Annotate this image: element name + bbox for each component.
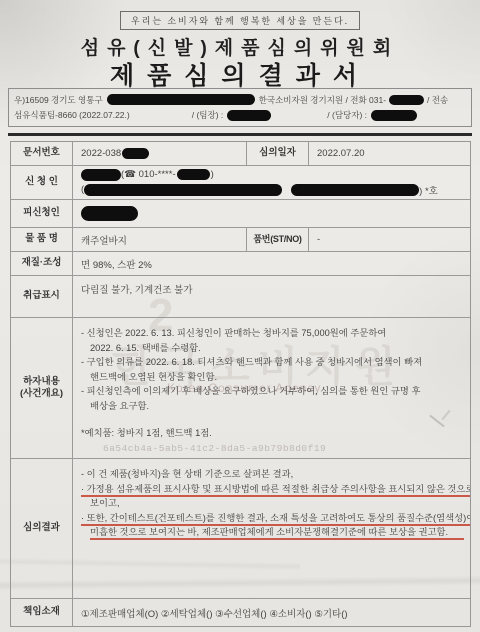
defect-line: - 피신청인측에 이의제기 후 배상을 요구하였으나 거부하여, 심의를 통한 … [81,384,420,399]
responsibility-value: ①제조판매업체(O) ②세탁업체() ③수선업체() ④소비자() ⑤기타() [73,599,470,626]
deposit-items-line: *예치품: 청바지 1점, 핸드백 1점. [81,426,212,441]
table-row-material: 재질·조성 면 98%, 스판 2% [11,252,470,276]
contact-line-2: 섬유식품팀-8660 (2022.07.22.) / (팀장) : / (담당자… [14,109,466,121]
document-title: 제품심의결과서 [0,56,480,92]
care-label-value: 다림질 불가, 기계건조 불가 [73,276,470,317]
review-date-label: 심의일자 [247,142,309,165]
result-line: 미흡한 것으로 보여지는 바, 제조판매업체에게 소비자분쟁해결기준에 따른 보… [81,525,464,540]
table-row-doc-no: 문서번호 2022-038 심의일자 2022.07.20 [11,142,470,166]
slogan-box: 우리는 소비자와 함께 행복한 세상을 만든다. [120,11,360,30]
defect-label: 하자내용 (사건개요) [11,318,73,458]
doc-no-label: 문서번호 [11,142,73,165]
material-value: 면 98%, 스판 2% [73,252,470,275]
redaction-address [107,94,255,105]
defect-line: - 신청인은 2022. 6. 13. 피신청인이 판매하는 청바지를 75,0… [81,326,386,341]
applicant-value: (☎ 010-****- ) ( ) *호 [73,166,470,199]
fax-label: / 전송 [427,94,448,106]
divider-line [8,133,472,136]
redaction-team-lead [227,110,271,121]
agency-phone-prefix: 한국소비자원 경기지원 / 전화 031- [259,94,386,106]
applicant-phone-suffix: ) [211,169,214,180]
redaction-applicant-address-2 [291,184,419,196]
result-line: 보이고, [81,496,120,511]
redaction-phone [389,95,424,105]
redaction-manager [371,110,417,121]
redaction-respondent [81,206,138,221]
team-lead-label: / (팀장) : [192,109,224,121]
care-label-label: 취급표시 [11,276,73,317]
doc-no-value: 2022-038 [73,142,247,165]
table-row-responsibility: 책임소재 ①제조판매업체(O) ②세탁업체() ③수선업체() ④소비자() ⑤… [11,599,470,626]
applicant-address-close: ) *호 [419,183,438,197]
review-table: 문서번호 2022-038 심의일자 2022.07.20 신 청 인 (☎ 0… [10,141,471,627]
result-line: - 이 건 제품(청바지)을 현 상태 기준으로 살펴본 결과, [81,467,293,482]
item-value: 캐주얼바지 [73,228,247,251]
responsibility-label: 책임소재 [11,599,73,626]
doc-no-text: 2022-038 [81,148,121,159]
manager-label: / (담당자) : [327,109,367,121]
defect-line: 배상을 요구함. [81,399,149,414]
table-row-respondent: 피신청인 [11,200,470,228]
result-underlined-text: · 가정용 섬유제품의 표시사항 및 표시방법에 따른 적절한 취급상 주의사항… [81,484,470,497]
redaction-applicant-phone [177,169,210,180]
table-row-care-label: 취급표시 다림질 불가, 기계건조 불가 [11,276,470,318]
respondent-label: 피신청인 [11,200,73,227]
item-label: 물 품 명 [11,228,73,251]
review-date-value: 2022.07.20 [309,142,470,165]
result-underlined-text: · 또한, 간이테스트(건포테스트)를 진행한 결과, 소재 특성을 고려하여도… [81,513,470,526]
defect-value: - 신청인은 2022. 6. 13. 피신청인이 판매하는 청바지를 75,0… [73,318,470,458]
style-no-label: 품번(ST/NO) [247,228,309,251]
result-value: - 이 건 제품(청바지)을 현 상태 기준으로 살펴본 결과, · 가정용 섬… [73,459,470,598]
result-line: · 가정용 섬유제품의 표시사항 및 표시방법에 따른 적절한 취급상 주의사항… [81,482,470,497]
defect-line: 핸드백에 오염된 현상을 확인함. [81,370,217,385]
redaction-doc-no [122,148,149,159]
table-row-defect: 하자내용 (사건개요) - 신청인은 2022. 6. 13. 피신청인이 판매… [11,318,470,459]
applicant-phone-prefix: (☎ 010-****- [121,169,176,180]
redaction-applicant-name [81,169,121,181]
applicant-address-line: ( ) *호 [81,183,438,197]
table-row-item: 물 품 명 캐주얼바지 품번(ST/NO) - [11,228,470,252]
result-label: 심의결과 [11,459,73,598]
contact-info-box: 우)16509 경기도 영통구 한국소비자원 경기지원 / 전화 031- / … [8,88,472,127]
doc-ref: 섬유식품팀-8660 (2022.07.22.) [14,109,130,121]
table-row-applicant: 신 청 인 (☎ 010-****- ) ( ) *호 [11,166,470,200]
applicant-label: 신 청 인 [11,166,73,199]
applicant-phone-line: (☎ 010-****- ) [81,169,214,181]
redaction-applicant-address-1 [84,184,282,196]
result-line: · 또한, 간이테스트(건포테스트)를 진행한 결과, 소재 특성을 고려하여도… [81,511,470,526]
defect-line: 2022. 6. 15. 택배를 수령함. [81,341,201,356]
material-label: 재질·조성 [11,252,73,275]
respondent-value [73,200,470,227]
style-no-value: - [309,228,470,251]
result-underlined-text: 미흡한 것으로 보여지는 바, 제조판매업체에게 소비자분쟁해결기준에 따른 보… [90,527,464,540]
table-row-result: 심의결과 - 이 건 제품(청바지)을 현 상태 기준으로 살펴본 결과, · … [11,459,470,599]
defect-line: - 구입한 의류를 2022. 6. 18. 티셔츠와 핸드백과 함께 사용 중… [81,355,422,370]
address-prefix: 우)16509 경기도 영통구 [14,94,103,106]
contact-line-1: 우)16509 경기도 영통구 한국소비자원 경기지원 / 전화 031- / … [14,94,466,106]
scanned-document: 2 한국소비자원 Korea Consumer Agency 6a54cb4a-… [0,0,480,632]
